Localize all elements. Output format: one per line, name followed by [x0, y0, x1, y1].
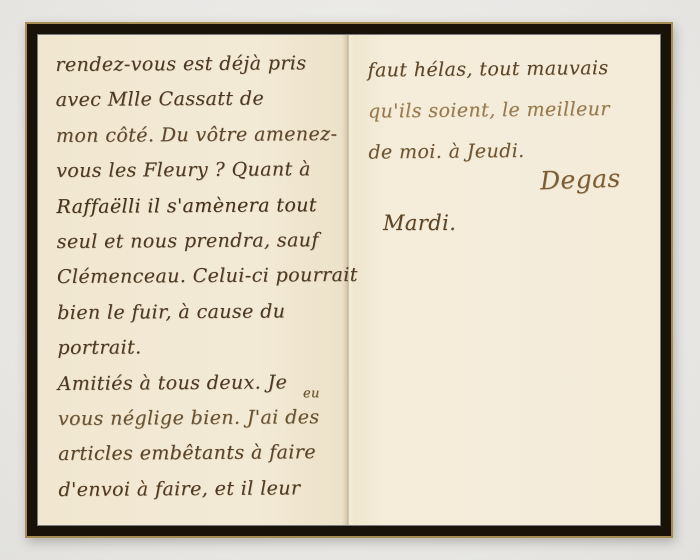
handwriting-line: seul et nous prendra, sauf: [57, 223, 345, 260]
interlinear-insertion: eu: [303, 387, 320, 400]
handwriting-line: mon côté. Du vôtre amenez-: [56, 117, 344, 154]
letter-paper: rendez-vous est déjà pris avec Mlle Cass…: [38, 35, 660, 525]
handwriting-text: vous néglige bien. J'ai des: [58, 406, 320, 430]
handwriting-line: bien le fuir, à cause du: [57, 294, 345, 331]
handwriting-line: portrait.: [57, 329, 345, 366]
handwriting-line: vous néglige bien. J'ai des eu: [58, 400, 346, 437]
right-page-handwriting: faut hélas, tout mauvais qu'ils soient, …: [367, 47, 660, 173]
mourning-stationery-card: rendez-vous est déjà pris avec Mlle Cass…: [25, 22, 673, 538]
handwriting-line: d'envoi à faire, et il leur: [58, 471, 346, 508]
handwriting-line: Clémenceau. Celui-ci pourrait: [57, 258, 345, 295]
signature: Degas: [540, 164, 622, 196]
handwriting-line: Raffaëlli il s'amènera tout: [56, 188, 344, 225]
handwriting-line: qu'ils soient, le meilleur: [368, 88, 660, 132]
date-line: Mardi.: [383, 211, 456, 235]
letter-photograph: rendez-vous est déjà pris avec Mlle Cass…: [0, 0, 700, 560]
handwriting-line: faut hélas, tout mauvais: [367, 47, 660, 91]
handwriting-line: vous les Fleury ? Quant à: [56, 152, 344, 189]
left-page-handwriting: rendez-vous est déjà pris avec Mlle Cass…: [55, 46, 346, 508]
handwriting-line: avec Mlle Cassatt de: [56, 81, 344, 118]
handwriting-line: articles embêtants à faire: [58, 435, 346, 472]
handwriting-line: rendez-vous est déjà pris: [55, 46, 343, 83]
